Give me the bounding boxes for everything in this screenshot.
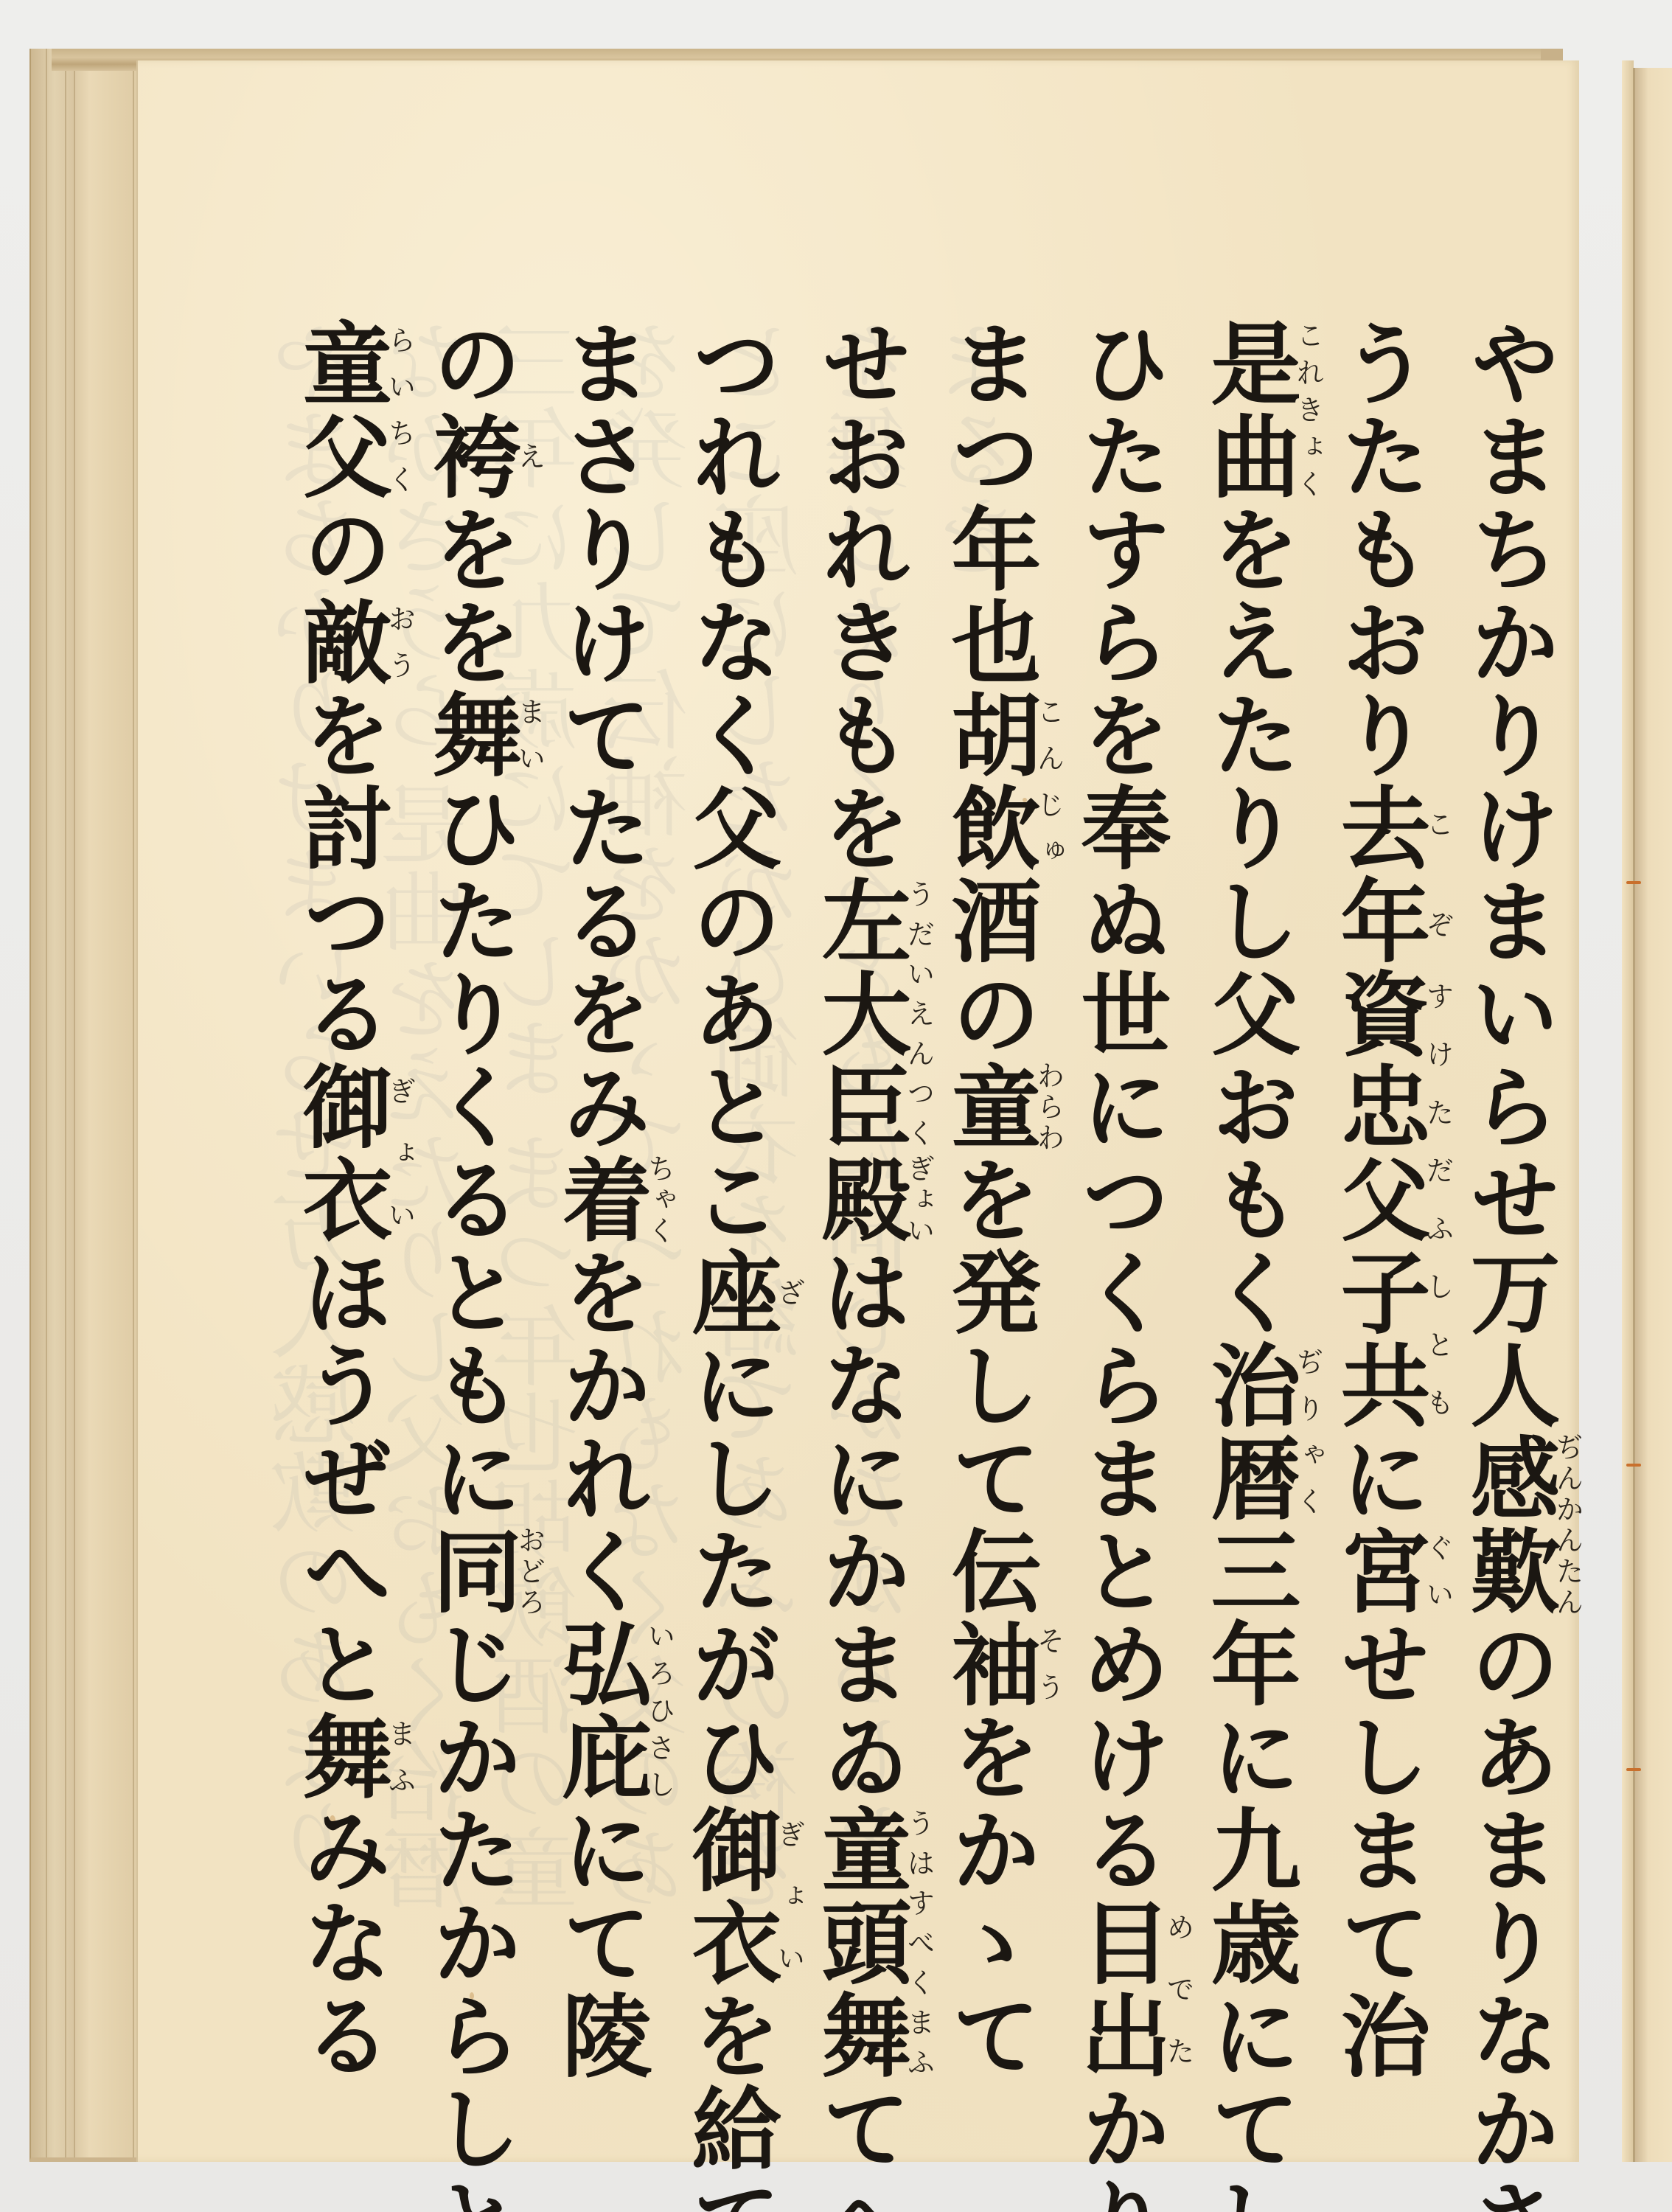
furigana-annotation: 舞まい [417,689,523,782]
binding-hole [1626,1464,1641,1467]
furigana-annotation: 敵おう [288,596,394,689]
furigana-annotation: 童頭舞うはすべくまふ [807,1804,913,2082]
page-gutter [1622,60,1634,2162]
stacked-page-edges [29,49,149,2162]
furigana-annotation: 宮ぐい [1326,1525,1432,1618]
page-edge-line [74,49,75,2157]
text-column-8: まさりけてたるをみ着ちゃくをかれく弘庇いろひさしにて陵 [543,317,673,2101]
furigana-annotation: 資忠父子共すけただふしとも [1326,967,1432,1432]
furigana-annotation: 座ざ [677,1246,783,1339]
furigana-annotation: 着ちゃく [547,1153,653,1246]
furigana-annotation: 治暦ぢりゃく [1196,1339,1302,1525]
facing-page-edge [1633,68,1672,2162]
furigana-annotation: 目出めでた [1066,1896,1172,2082]
page-edge-line [133,49,134,2157]
page-edge-line [46,49,47,2157]
furigana-annotation: 同おどろ [417,1525,523,1618]
furigana-annotation: 殿ぎょい [807,1153,913,1246]
text-column-3: 是曲これきょくをえたりし父おもく治暦ぢりゃく三年に九歳にてしま [1192,317,1322,2101]
text-column-10: 童父らいちくの敵おうを討つる御衣ぎょいほうぜへと舞まふみなる [284,317,414,2101]
furigana-annotation: 御衣ぎょい [677,1804,783,1989]
text-column-2: うたもおり去年こぞ資忠父子共すけただふしともに宮ぐいせしまて治 [1322,317,1452,2101]
furigana-annotation: 童わらわ [936,1060,1042,1153]
furigana-annotation: 袖そう [936,1618,1042,1711]
furigana-annotation: 御衣ぎょい [288,1060,394,1246]
binding-hole [1626,1768,1641,1771]
text-column-1: やまちかりけまいらせ万人感歎ぢんかんたんのあまりなかさうら [1452,317,1581,2101]
furigana-annotation: 感歎ぢんかんたん [1455,1432,1561,1618]
furigana-annotation: 是曲これきょく [1196,317,1302,503]
furigana-annotation: 去年こぞ [1326,782,1432,967]
furigana-annotation: 弘庇いろひさし [547,1618,653,1804]
furigana-annotation: 童父らいちく [288,317,394,503]
binding-hole [1626,881,1641,884]
manuscript-text: やまちかりけまいらせ万人感歎ぢんかんたんのあまりなかさうらうたもおり去年こぞ資忠… [284,317,1581,2101]
furigana-annotation: 舞まふ [288,1711,394,1804]
text-column-6: せおれきもを左大臣うだいえんつく殿ぎょいはなにかまゐ童頭舞うはすべくまふてへ [803,317,933,2101]
page-edge-line [65,49,66,2157]
text-column-7: つれもなく父のあとこ座ざにしたがひ御衣ぎょいを給てあふ [673,317,803,2101]
furigana-annotation: 胡飲こんじゅ [936,689,1042,874]
furigana-annotation: 袴え [417,410,523,503]
text-column-4: ひたすらを奉ぬ世につくらまとめける目出めでたかり [1062,317,1192,2101]
text-column-9: の袴えをを舞まいひたりくるともに同おどろじかたからしとまるを [414,317,543,2101]
text-column-5: まつ年也胡飲こんじゅ酒の童わらわを発して伝袖そうをかゝて [933,317,1062,2101]
furigana-annotation: 左大臣うだいえんつく [807,874,913,1153]
